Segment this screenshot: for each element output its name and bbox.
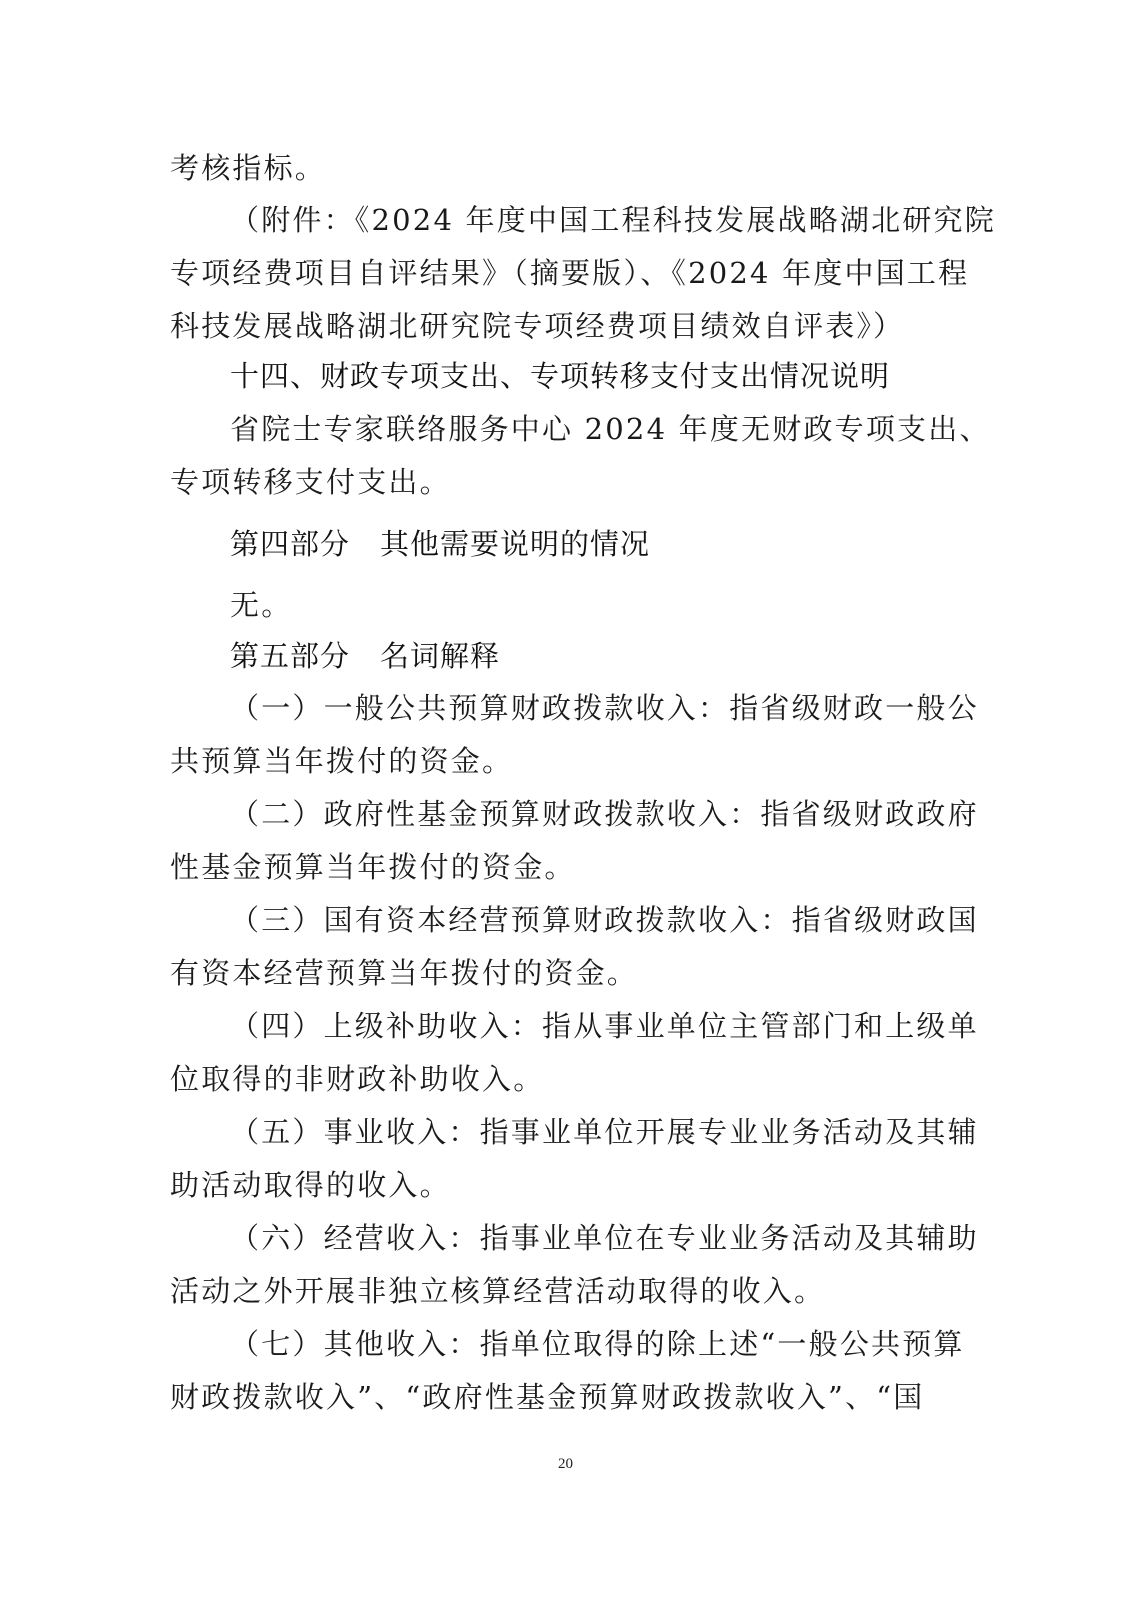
paragraph-line: 性基金预算当年拨付的资金。 [170,847,940,887]
paragraph-line: （七）其他收入：指单位取得的除上述“一般公共预算 [230,1324,940,1364]
paragraph-line: 共预算当年拨付的资金。 [170,741,940,781]
paragraph-line: （二）政府性基金预算财政拨款收入：指省级财政政府 [230,794,940,834]
section-heading: 十四、财政专项支出、专项转移支付支出情况说明 [230,356,940,396]
paragraph-line: 有资本经营预算当年拨付的资金。 [170,953,940,993]
paragraph-line: （三）国有资本经营预算财政拨款收入：指省级财政国 [230,900,940,940]
paragraph-line: 助活动取得的收入。 [170,1165,940,1205]
document-page: 考核指标。（附件：《2024 年度中国工程科技发展战略湖北研究院专项经费项目自评… [0,0,1131,1600]
paragraph-line: 省院士专家联络服务中心 2024 年度无财政专项支出、 [230,409,940,449]
paragraph-line: 考核指标。 [170,148,940,188]
paragraph-line: 财政拨款收入”、“政府性基金预算财政拨款收入”、“国 [170,1377,940,1417]
paragraph-line: 位取得的非财政补助收入。 [170,1059,940,1099]
page-number: 20 [0,1456,1131,1473]
paragraph-line: （附件：《2024 年度中国工程科技发展战略湖北研究院 [230,200,940,240]
paragraph-line: 活动之外开展非独立核算经营活动取得的收入。 [170,1271,940,1311]
paragraph-line: 专项转移支付支出。 [170,462,940,502]
paragraph-line: （六）经营收入：指事业单位在专业业务活动及其辅助 [230,1218,940,1258]
paragraph-line: 专项经费项目自评结果》（摘要版）、《2024 年度中国工程 [170,253,940,293]
paragraph-line: （一）一般公共预算财政拨款收入：指省级财政一般公 [230,688,940,728]
section-heading: 第四部分 其他需要说明的情况 [230,524,940,564]
paragraph-line: 科技发展战略湖北研究院专项经费项目绩效自评表》） [170,306,940,346]
paragraph-line: 无。 [230,585,940,625]
paragraph-line: （四）上级补助收入：指从事业单位主管部门和上级单 [230,1006,940,1046]
section-heading: 第五部分 名词解释 [230,636,940,676]
paragraph-line: （五）事业收入：指事业单位开展专业业务活动及其辅 [230,1112,940,1152]
